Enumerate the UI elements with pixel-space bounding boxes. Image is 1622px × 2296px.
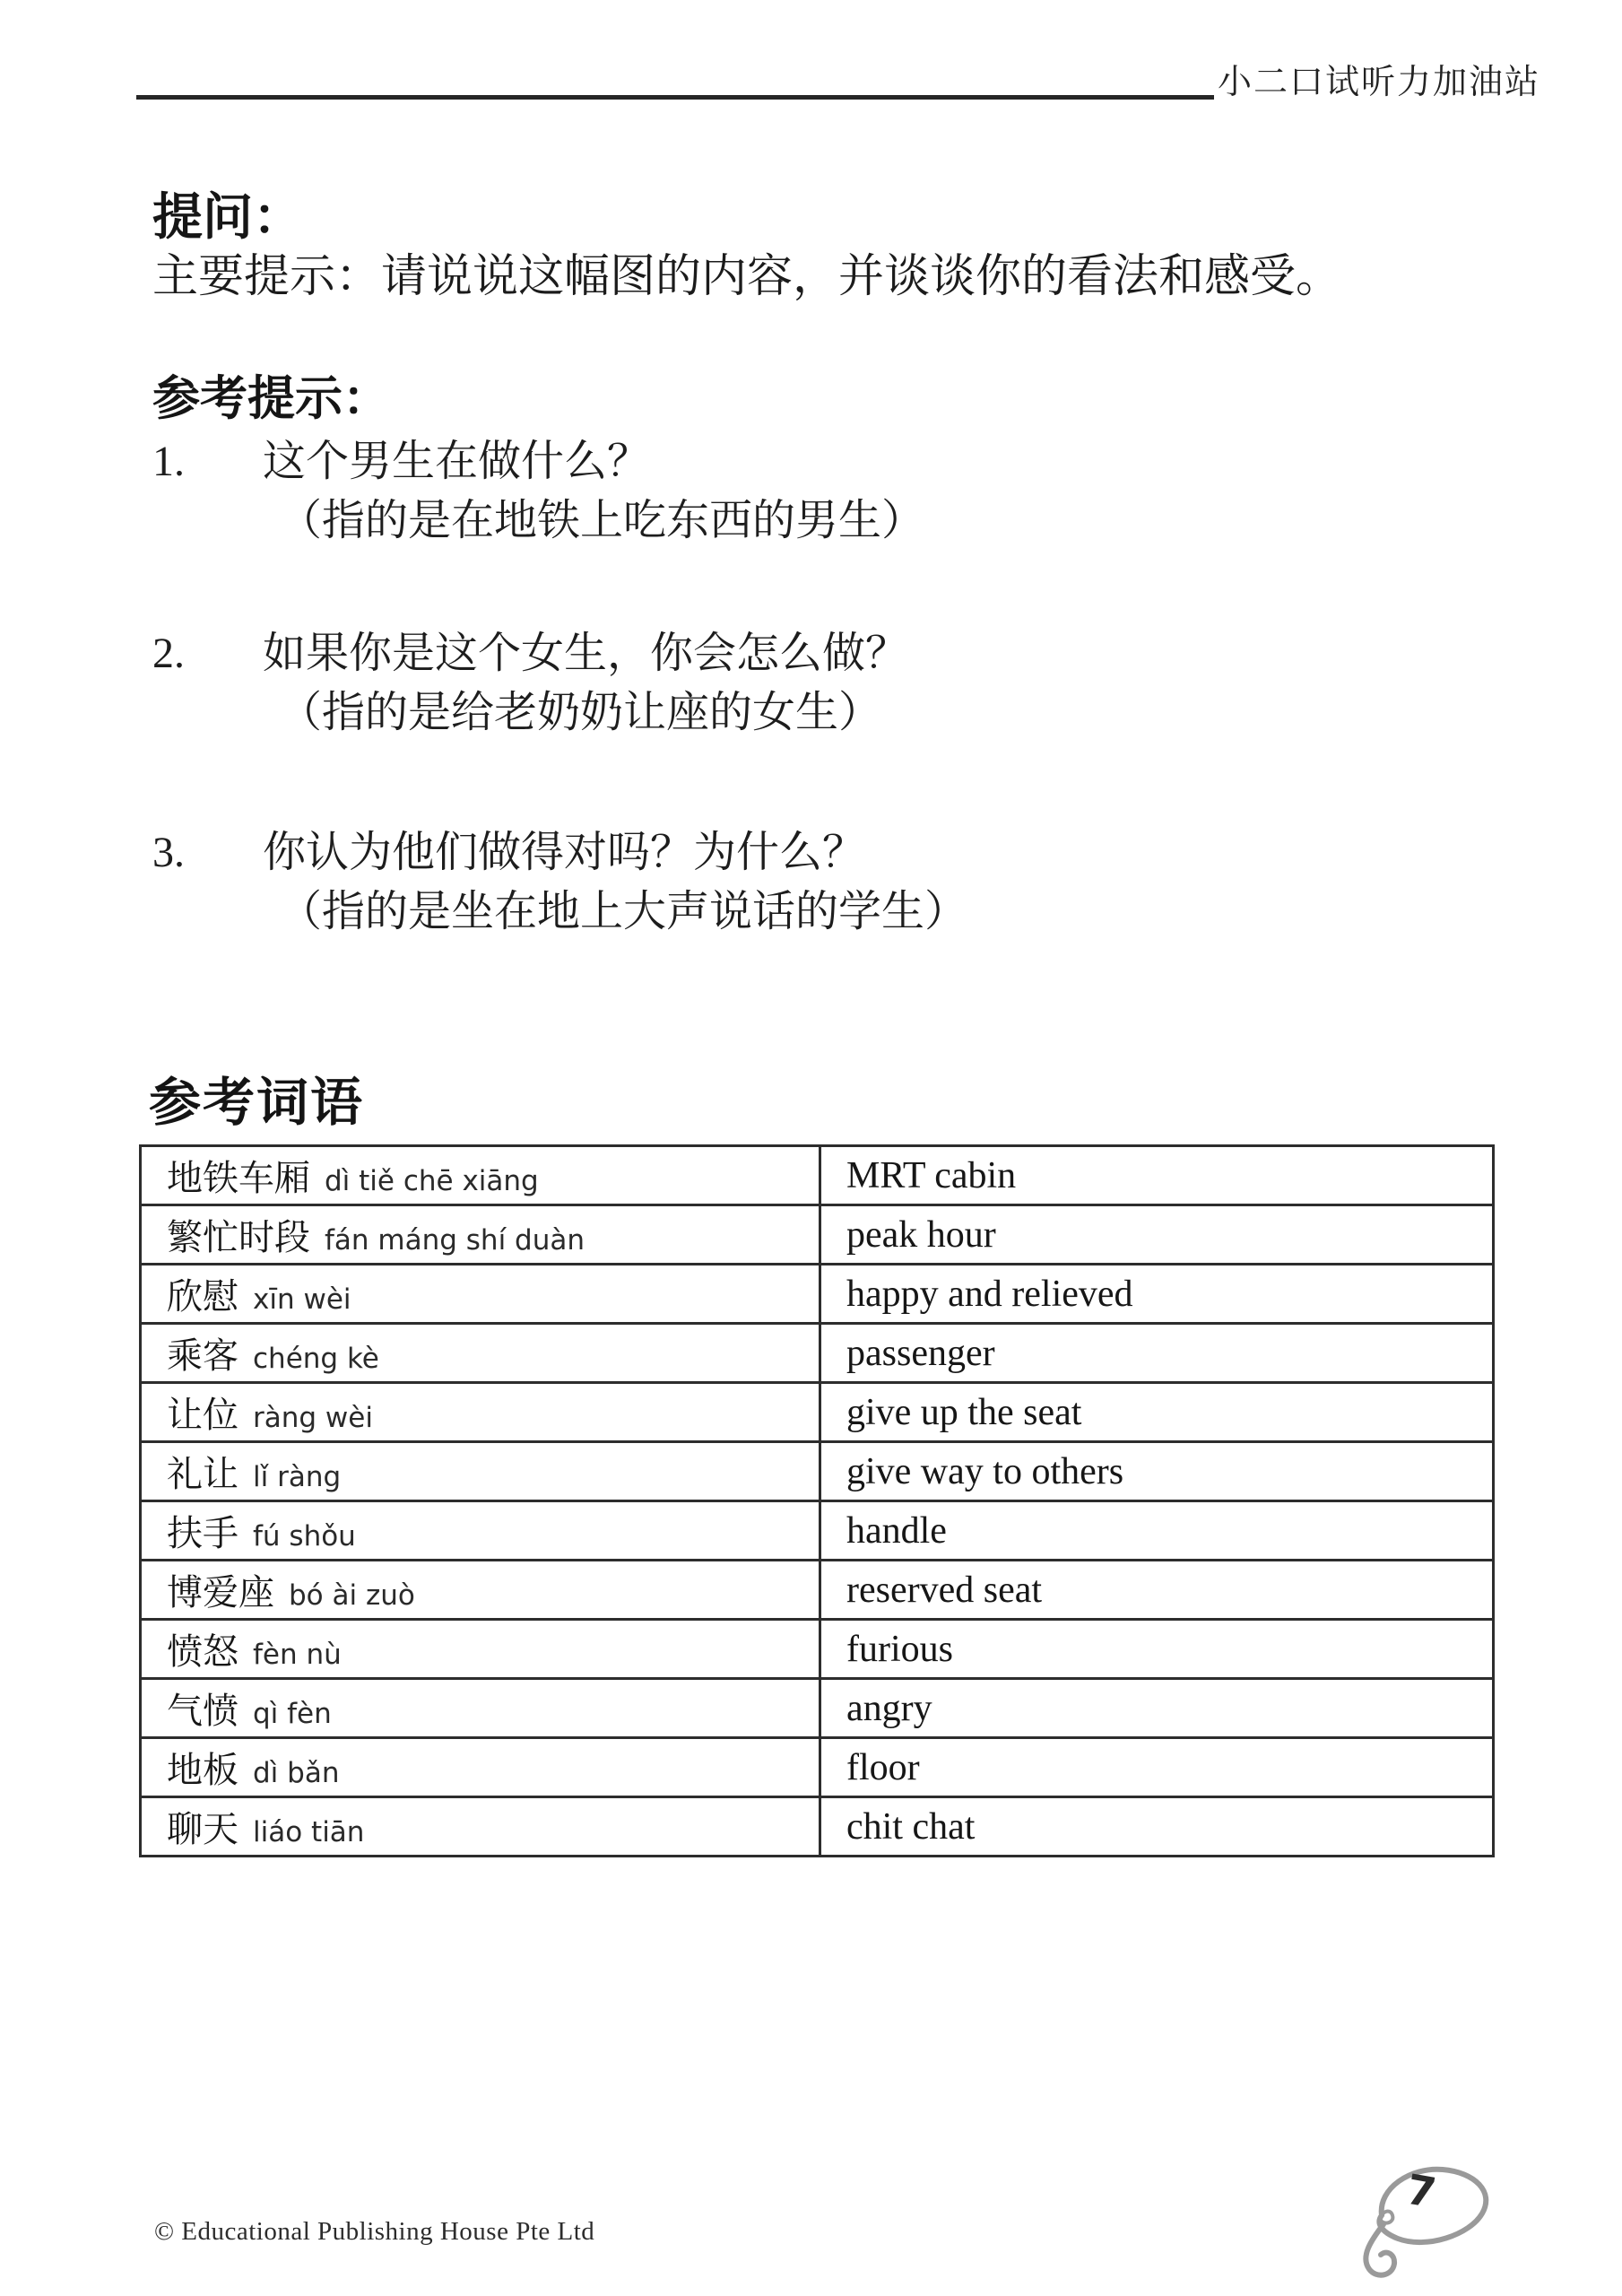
vocab-en-cell: angry: [820, 1679, 1494, 1738]
vocab-pinyin: ràng wèi: [253, 1402, 373, 1434]
table-row: 欣慰xīn wèi happy and relieved: [141, 1265, 1494, 1324]
vocab-en-cell: MRT cabin: [820, 1146, 1494, 1205]
vocab-chinese: 乘客: [167, 1335, 239, 1376]
vocab-english: give up the seat: [846, 1392, 1081, 1433]
table-row: 气愤qì fèn angry: [141, 1679, 1494, 1738]
question-item: 3. 你认为他们做得对吗？为什么？ （指的是坐在地上大声说话的学生）: [152, 823, 967, 942]
vocab-pinyin: fèn nù: [253, 1639, 342, 1671]
question-item: 1. 这个男生在做什么？ （指的是在地铁上吃东西的男生）: [152, 432, 924, 551]
vocab-chinese: 地板: [167, 1750, 239, 1790]
vocab-chinese: 礼让: [167, 1454, 239, 1494]
vocab-english: handle: [846, 1510, 947, 1552]
table-row: 礼让lǐ ràng give way to others: [141, 1442, 1494, 1501]
vocab-en-cell: happy and relieved: [820, 1265, 1494, 1324]
vocab-english: reserved seat: [846, 1570, 1042, 1611]
question-text: 如果你是这个女生，你会怎么做？: [263, 624, 908, 683]
vocab-english: passenger: [846, 1333, 995, 1374]
vocab-cn-cell: 让位ràng wèi: [141, 1383, 820, 1442]
vocab-cn-cell: 地铁车厢dì tiě chē xiāng: [141, 1146, 820, 1205]
vocab-chinese: 愤怒: [167, 1631, 239, 1672]
table-row: 博爱座bó ài zuò reserved seat: [141, 1561, 1494, 1620]
question-text: 你认为他们做得对吗？为什么？: [263, 823, 967, 883]
table-row: 地板dì bǎn floor: [141, 1738, 1494, 1797]
vocab-chinese: 欣慰: [167, 1276, 239, 1317]
vocab-cn-cell: 礼让lǐ ràng: [141, 1442, 820, 1501]
table-row: 让位ràng wèi give up the seat: [141, 1383, 1494, 1442]
vocab-en-cell: give way to others: [820, 1442, 1494, 1501]
copyright-text: © Educational Publishing House Pte Ltd: [154, 2217, 594, 2247]
vocab-cn-cell: 博爱座bó ài zuò: [141, 1561, 820, 1620]
vocab-en-cell: give up the seat: [820, 1383, 1494, 1442]
vocab-pinyin: chéng kè: [253, 1343, 379, 1375]
vocab-english: happy and relieved: [846, 1274, 1133, 1315]
vocab-chinese: 让位: [167, 1395, 239, 1435]
question-body: 如果你是这个女生，你会怎么做？ （指的是给老奶奶让座的女生）: [263, 624, 908, 743]
question-number: 1.: [152, 432, 263, 491]
vocab-en-cell: passenger: [820, 1324, 1494, 1383]
vocab-chinese: 扶手: [167, 1513, 239, 1553]
vocab-english: give way to others: [846, 1451, 1123, 1492]
vocab-en-cell: reserved seat: [820, 1561, 1494, 1620]
vocab-chinese: 气愤: [167, 1691, 239, 1731]
vocab-pinyin: fán máng shí duàn: [325, 1224, 585, 1257]
questions-heading: 提问：: [152, 178, 303, 249]
question-item: 2. 如果你是这个女生，你会怎么做？ （指的是给老奶奶让座的女生）: [152, 624, 908, 743]
table-row: 愤怒fèn nù furious: [141, 1620, 1494, 1679]
vocab-pinyin: xīn wèi: [253, 1283, 351, 1316]
workbook-page: 小二口试听力加油站 提问： 主要提示：请说说这幅图的内容，并谈谈你的看法和感受。…: [0, 0, 1622, 2296]
table-row: 乘客chéng kè passenger: [141, 1324, 1494, 1383]
vocab-pinyin: dì tiě chē xiāng: [325, 1165, 539, 1197]
vocab-chinese: 地铁车厢: [167, 1158, 310, 1198]
vocab-cn-cell: 气愤qì fèn: [141, 1679, 820, 1738]
vocab-cn-cell: 扶手fú shǒu: [141, 1501, 820, 1561]
main-hint-text: 主要提示：请说说这幅图的内容，并谈谈你的看法和感受。: [152, 249, 1524, 305]
vocab-en-cell: chit chat: [820, 1797, 1494, 1857]
table-row: 聊天liáo tiān chit chat: [141, 1797, 1494, 1857]
vocab-cn-cell: 繁忙时段fán máng shí duàn: [141, 1205, 820, 1265]
vocab-english: chit chat: [846, 1806, 975, 1848]
question-number: 2.: [152, 624, 263, 683]
question-body: 你认为他们做得对吗？为什么？ （指的是坐在地上大声说话的学生）: [263, 823, 967, 942]
vocab-pinyin: qì fèn: [253, 1698, 332, 1730]
question-number: 3.: [152, 823, 263, 883]
table-row: 繁忙时段fán máng shí duàn peak hour: [141, 1205, 1494, 1265]
page-number-badge: 7: [1340, 2142, 1511, 2290]
vocab-pinyin: liáo tiān: [253, 1816, 364, 1848]
vocab-english: furious: [846, 1629, 953, 1670]
vocab-chinese: 聊天: [167, 1809, 239, 1849]
reference-hints-heading: 参考提示：: [152, 361, 390, 429]
vocab-cn-cell: 地板dì bǎn: [141, 1738, 820, 1797]
vocab-chinese: 繁忙时段: [167, 1217, 310, 1257]
table-row: 地铁车厢dì tiě chē xiāng MRT cabin: [141, 1146, 1494, 1205]
vocab-english: angry: [846, 1688, 932, 1729]
vocab-en-cell: handle: [820, 1501, 1494, 1561]
vocab-english: floor: [846, 1747, 920, 1788]
vocab-en-cell: peak hour: [820, 1205, 1494, 1265]
vocab-en-cell: floor: [820, 1738, 1494, 1797]
vocab-en-cell: furious: [820, 1620, 1494, 1679]
vocab-cn-cell: 聊天liáo tiān: [141, 1797, 820, 1857]
vocab-table: 地铁车厢dì tiě chē xiāng MRT cabin 繁忙时段fán m…: [139, 1144, 1495, 1857]
question-note: （指的是坐在地上大声说话的学生）: [263, 883, 967, 942]
header-divider-rule: [136, 95, 1214, 100]
vocab-pinyin: lǐ ràng: [253, 1461, 341, 1493]
header-chapter-title: 小二口试听力加油站: [1218, 54, 1496, 103]
question-body: 这个男生在做什么？ （指的是在地铁上吃东西的男生）: [263, 432, 924, 551]
vocab-english: peak hour: [846, 1214, 996, 1256]
vocab-chinese: 博爱座: [167, 1572, 274, 1613]
vocab-pinyin: bó ài zuò: [289, 1579, 415, 1612]
vocab-pinyin: fú shǒu: [253, 1520, 356, 1552]
vocab-english: MRT cabin: [846, 1155, 1016, 1196]
table-row: 扶手fú shǒu handle: [141, 1501, 1494, 1561]
question-note: （指的是在地铁上吃东西的男生）: [263, 491, 924, 551]
vocab-cn-cell: 欣慰xīn wèi: [141, 1265, 820, 1324]
vocab-pinyin: dì bǎn: [253, 1757, 339, 1789]
vocab-heading: 参考词语: [149, 1060, 364, 1135]
vocab-cn-cell: 乘客chéng kè: [141, 1324, 820, 1383]
vocab-cn-cell: 愤怒fèn nù: [141, 1620, 820, 1679]
question-note: （指的是给老奶奶让座的女生）: [263, 683, 908, 743]
question-text: 这个男生在做什么？: [263, 432, 924, 491]
